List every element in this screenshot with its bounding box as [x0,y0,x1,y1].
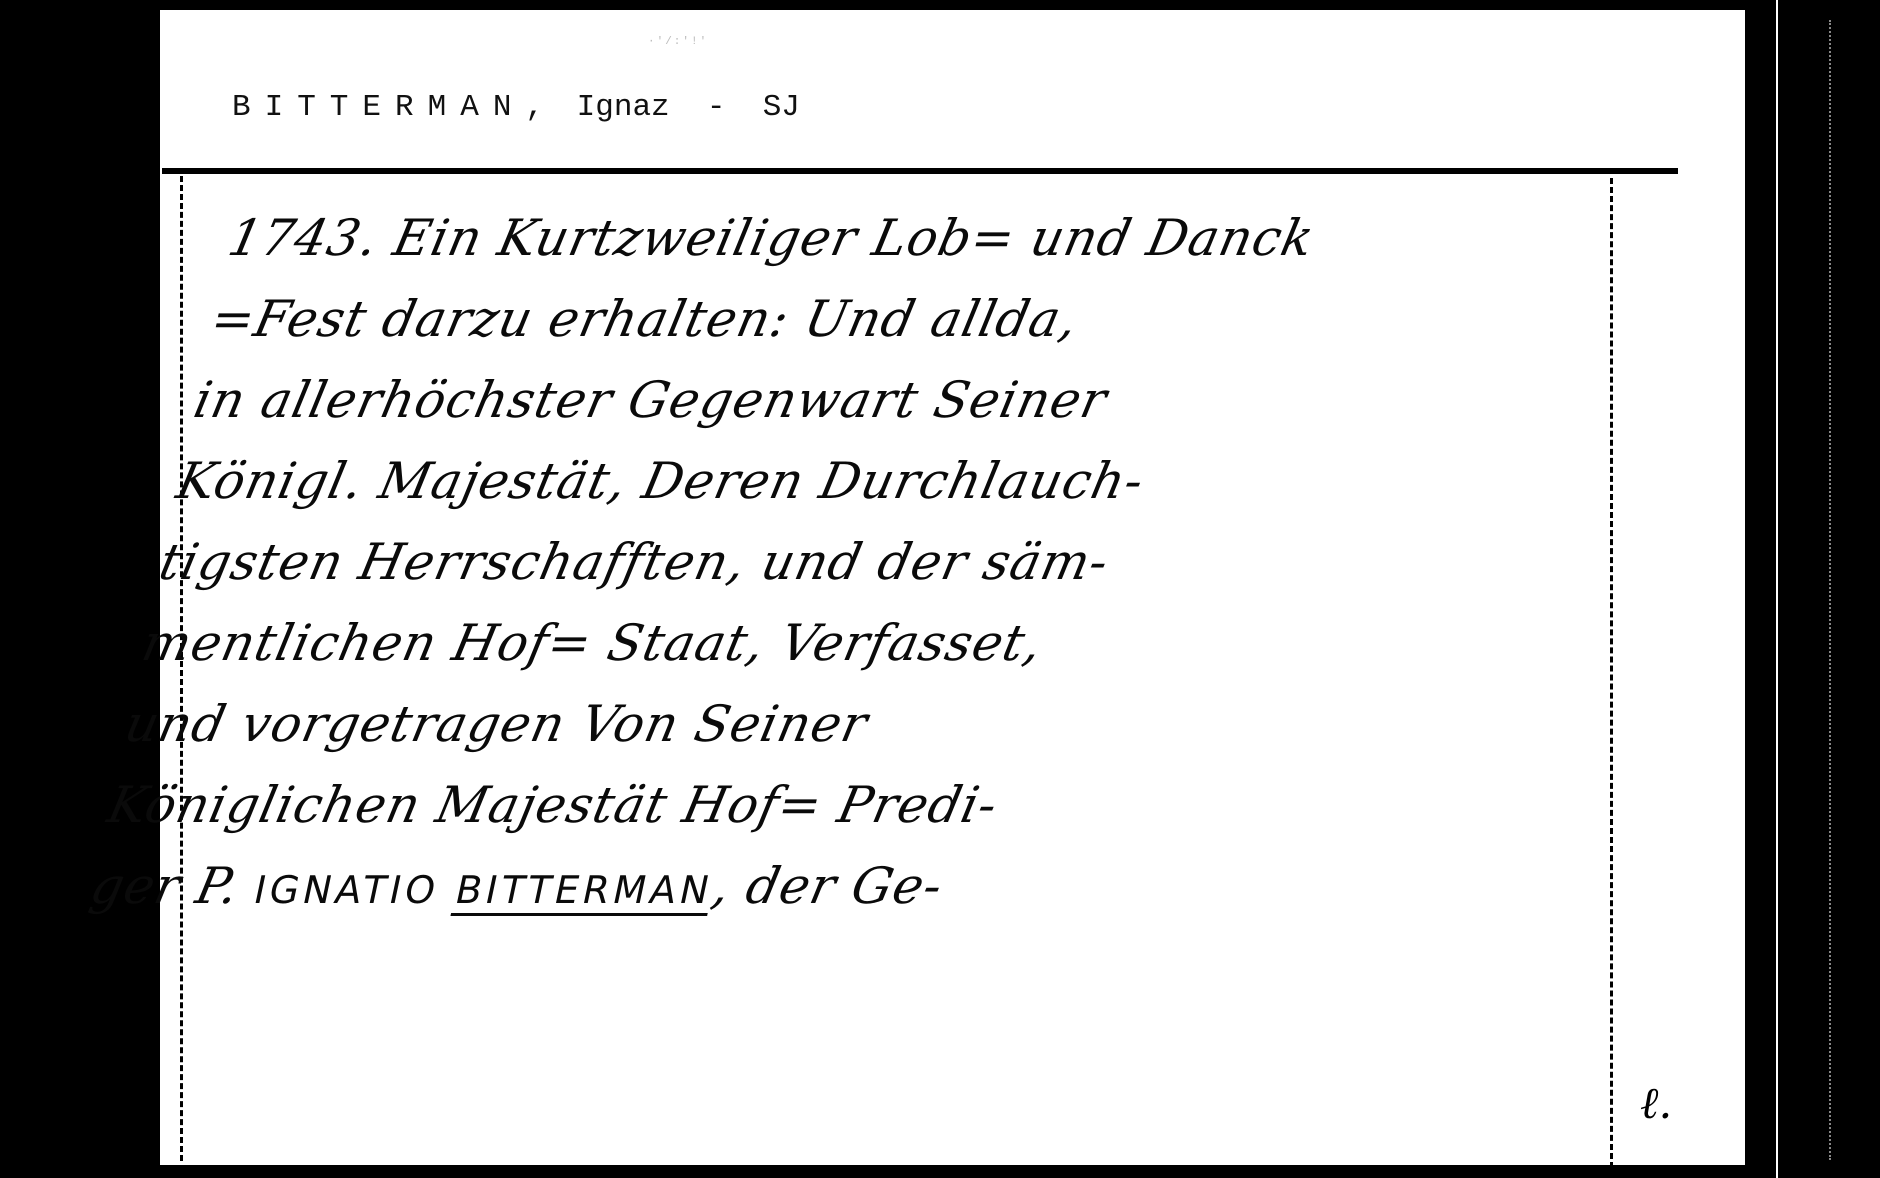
header-separator: - [707,90,726,125]
handwritten-body: 1743. Ein Kurtzweiliger Lob= und Danck =… [82,198,1588,931]
index-card: ·'/:'!' BITTERMAN, Ignaz - SJ 1743. Ein … [160,10,1745,1165]
faint-stamp: ·'/:'!' [648,36,708,48]
last-line-prefix: ger P. [86,857,245,915]
body-line: tigsten Herrschafften, und der säm- [152,522,1519,603]
scan-artifact-dots [1829,20,1831,1160]
body-line: in allerhöchster Gegenwart Seiner [186,360,1553,441]
header-surname: BITTERMAN, [232,90,558,125]
header-given-name: Ignaz [577,90,670,125]
body-line: und vorgetragen Von Seiner [117,684,1484,765]
right-dashed-margin [1610,178,1613,1168]
body-line: 1743. Ein Kurtzweiliger Lob= und Danck [221,198,1588,279]
scan-edge-line [1776,0,1778,1178]
card-header: BITTERMAN, Ignaz - SJ [232,90,800,125]
body-line-last: ger P. IGNATIO BITTERMAN, der Ge- [82,846,1450,931]
header-rule [162,168,1678,174]
body-line: =Fest darzu erhalten: Und allda, [204,279,1571,360]
margin-mark: ℓ. [1640,1078,1672,1129]
body-line: Königlichen Majestät Hof= Predi- [100,765,1467,846]
surname-caps-underlined: BITTERMAN [451,868,717,912]
body-line: Königl. Majestät, Deren Durchlauch- [169,441,1536,522]
last-line-suffix: , der Ge- [707,857,948,915]
first-name-caps: IGNATIO [250,868,444,912]
body-line: mentlichen Hof= Staat, Verfasset, [135,603,1502,684]
header-order: SJ [763,90,800,125]
